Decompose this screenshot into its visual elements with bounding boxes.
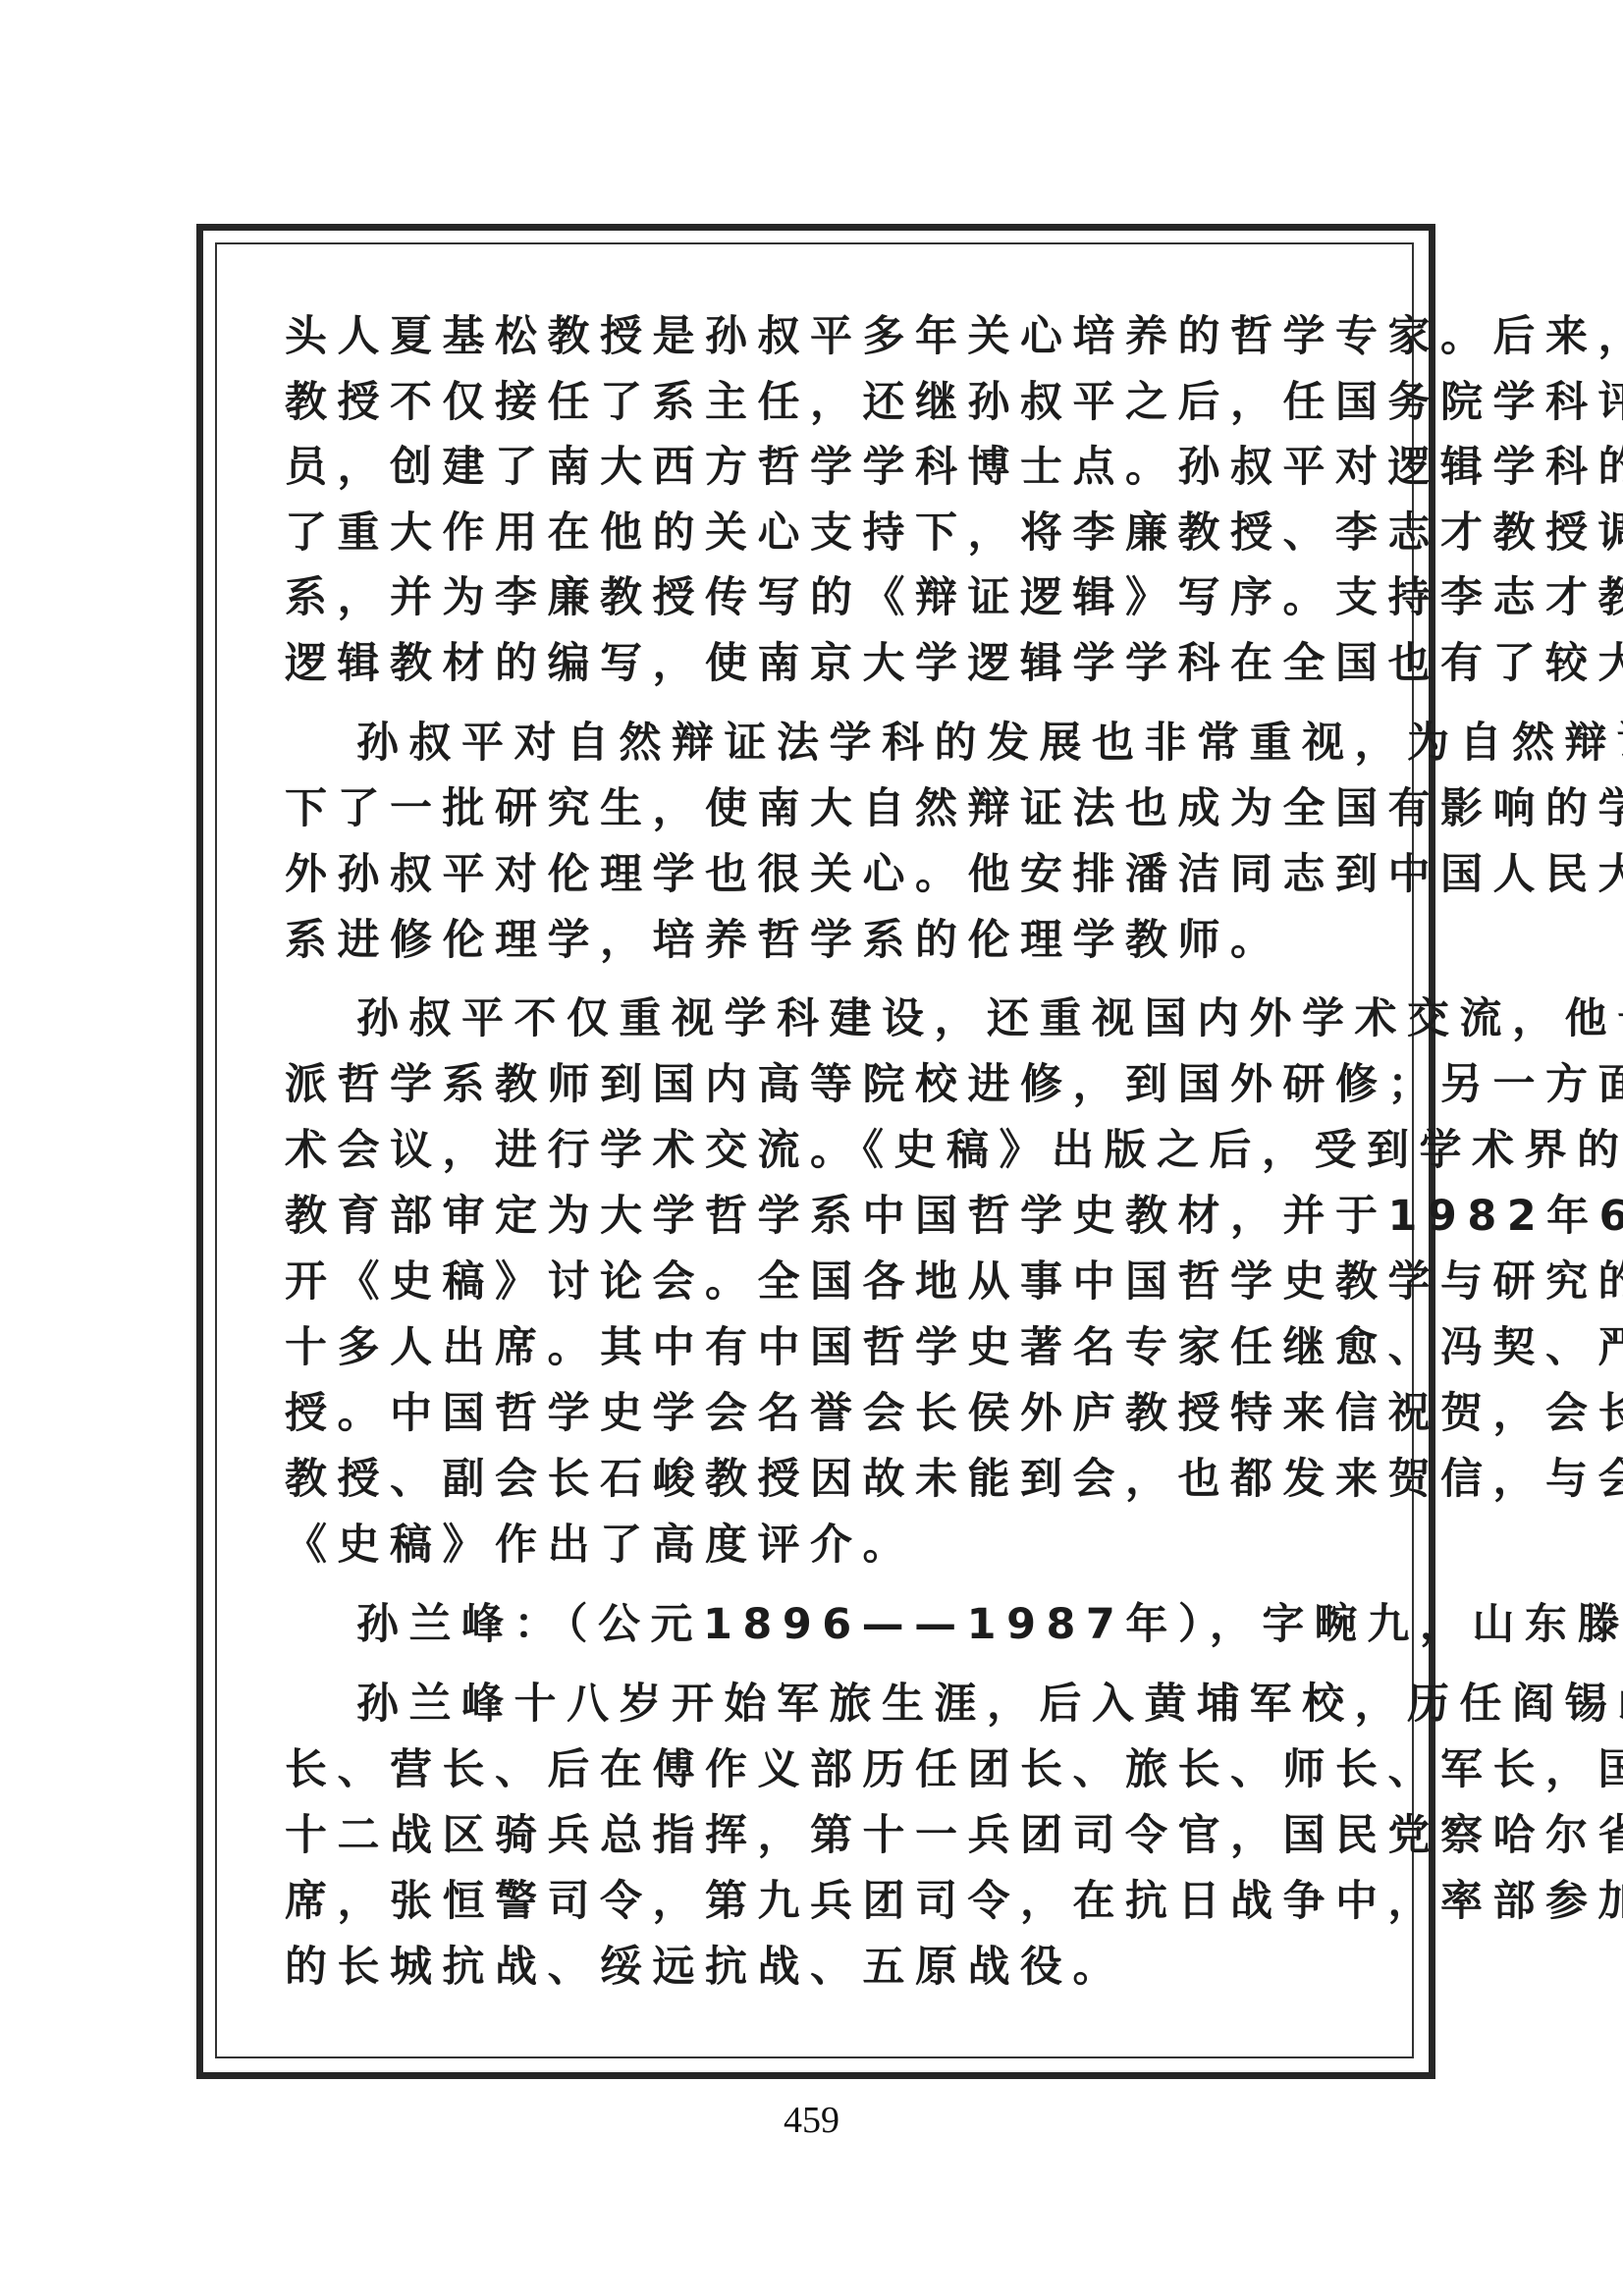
paragraph-3-line-3: 术会议，进行学术交流。《史稿》出版之后，受到学术界的重视， bbox=[285, 1126, 1623, 1175]
paragraph-5-line-3: 十二战区骑兵总指挥，第十一兵团司令官，国民党察哈尔省政府主 bbox=[285, 1811, 1623, 1860]
paragraph-1-line-5: 系，并为李廉教授传写的《辩证逻辑》写序。支持李志才教授多卷本 bbox=[285, 573, 1623, 622]
paragraph-2-line-1: 孙叔平对自然辩证法学科的发展也非常重视，为自然辩证法留 bbox=[356, 719, 1623, 768]
paragraph-3-line-1: 孙叔平不仅重视学科建设，还重视国内外学术交流，他一方面 bbox=[356, 994, 1623, 1043]
paragraph-1-line-1: 头人夏基松教授是孙叔平多年关心培养的哲学专家。后来，夏基松 bbox=[285, 312, 1623, 361]
paragraph-3-line-7: 授。中国哲学史学会名誉会长侯外庐教授特来信祝贺，会长张岱年 bbox=[285, 1389, 1623, 1438]
paragraph-3-line-2: 派哲学系教师到国内高等院校进修，到国外研修；另一方面召开学 bbox=[285, 1060, 1623, 1109]
paragraph-3-line-5: 开《史稿》讨论会。全国各地从事中国哲学史教学与研究的代表八 bbox=[285, 1257, 1623, 1307]
paragraph-1-line-2: 教授不仅接任了系主任，还继孙叔平之后，任国务院学科评议组成 bbox=[285, 378, 1623, 427]
paragraph-4-line-1: 孙兰峰：（公元1896——1987年），字畹九，山东滕县人。 bbox=[356, 1600, 1623, 1649]
paragraph-3-line-4: 教育部审定为大学哲学系中国哲学史教材，并于1982年6月在南京召 bbox=[285, 1192, 1623, 1241]
paragraph-2-line-4: 系进修伦理学，培养哲学系的伦理学教师。 bbox=[285, 916, 1283, 965]
paragraph-5-line-4: 席，张恒警司令，第九兵团司令，在抗日战争中，率部参加了著名 bbox=[285, 1877, 1623, 1926]
paragraph-3-line-6: 十多人出席。其中有中国哲学史著名专家任继愈、冯契、严北溟教 bbox=[285, 1323, 1623, 1372]
paragraph-2-line-3: 外孙叔平对伦理学也很关心。他安排潘洁同志到中国人民大学哲学 bbox=[285, 850, 1623, 899]
paragraph-3-line-8: 教授、副会长石峻教授因故未能到会，也都发来贺信，与会代表对 bbox=[285, 1455, 1623, 1504]
paragraph-5-line-5: 的长城抗战、绥远抗战、五原战役。 bbox=[285, 1943, 1125, 1992]
paragraph-3-line-9: 《史稿》作出了高度评介。 bbox=[285, 1521, 915, 1570]
paragraph-1-line-4: 了重大作用在他的关心支持下，将李廉教授、李志才教授调到哲学 bbox=[285, 508, 1623, 558]
paragraph-1-line-6: 逻辑教材的编写，使南京大学逻辑学学科在全国也有了较大影响。 bbox=[285, 639, 1623, 688]
paragraph-2-line-2: 下了一批研究生，使南大自然辩证法也成为全国有影响的学科。另 bbox=[285, 784, 1623, 833]
paragraph-5-line-1: 孙兰峰十八岁开始军旅生涯，后入黄埔军校，历任阎锡山部连 bbox=[356, 1680, 1623, 1729]
page-number: 459 bbox=[0, 2099, 1623, 2142]
paragraph-5-line-2: 长、营长、后在傅作义部历任团长、旅长、师长、军长，国民党第 bbox=[285, 1745, 1623, 1794]
paragraph-1-line-3: 员，创建了南大西方哲学学科博士点。孙叔平对逻辑学科的发展起 bbox=[285, 443, 1623, 492]
